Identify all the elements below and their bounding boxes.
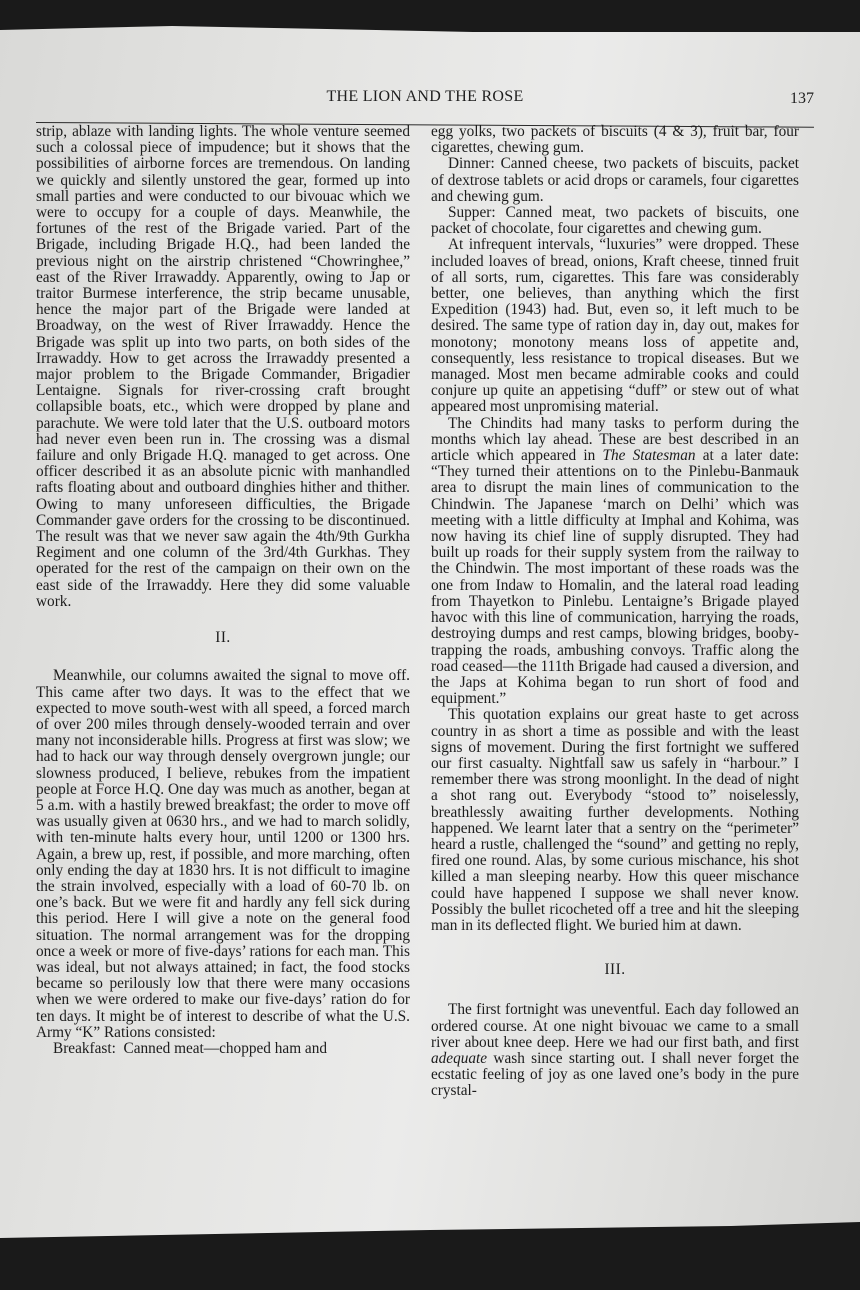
- running-head: THE LION AND THE ROSE 137: [36, 88, 814, 110]
- emphasis-adequate: adequate: [431, 1050, 487, 1067]
- left-column: strip, ablaze with landing lights. The w…: [36, 124, 410, 1057]
- paper-sheet: THE LION AND THE ROSE 137 strip, ablaze …: [0, 22, 860, 1254]
- paragraph-chindits-tasks: The Chindits had many tasks to perform d…: [431, 416, 799, 708]
- breakfast-text: Canned meat—chopped ham and: [124, 1040, 327, 1057]
- paragraph-luxuries: At infrequent intervals, “luxuries” were…: [431, 237, 799, 415]
- running-title: THE LION AND THE ROSE: [36, 88, 814, 106]
- paragraph-airstrip-crossing: strip, ablaze with landing lights. The w…: [36, 124, 410, 610]
- breakfast-label: Breakfast:: [53, 1040, 116, 1057]
- scanned-book-page: THE LION AND THE ROSE 137 strip, ablaze …: [0, 0, 860, 1290]
- dinner-label: Dinner:: [448, 155, 495, 172]
- fortnight-text-b: wash since starting out. I shall never f…: [431, 1050, 799, 1099]
- paragraph-first-fortnight: The first fortnight was uneventful. Each…: [431, 1002, 799, 1099]
- supper-label: Supper:: [448, 204, 496, 221]
- section-heading-ii: II.: [36, 630, 410, 646]
- fortnight-text-a: The first fortnight was uneventful. Each…: [431, 1001, 799, 1050]
- paragraph-march: Meanwhile, our columns awaited the signa…: [36, 668, 410, 1041]
- chindits-text-b: at a later date: “They turned their atte…: [431, 447, 799, 707]
- page-number: 137: [790, 90, 814, 108]
- right-column: egg yolks, two packets of biscuits (4 & …: [431, 124, 799, 1100]
- ration-breakfast: Breakfast: Canned meat—chopped ham and: [36, 1041, 410, 1057]
- source-title-the-statesman: The Statesman: [602, 447, 695, 464]
- ration-supper: Supper: Canned meat, two packets of bisc…: [431, 205, 799, 237]
- ration-dinner: Dinner: Canned cheese, two packets of bi…: [431, 156, 799, 205]
- section-heading-iii: III.: [431, 962, 799, 978]
- breakfast-continued: egg yolks, two packets of biscuits (4 & …: [431, 124, 799, 156]
- paragraph-first-casualty: This quotation explains our great haste …: [431, 707, 799, 934]
